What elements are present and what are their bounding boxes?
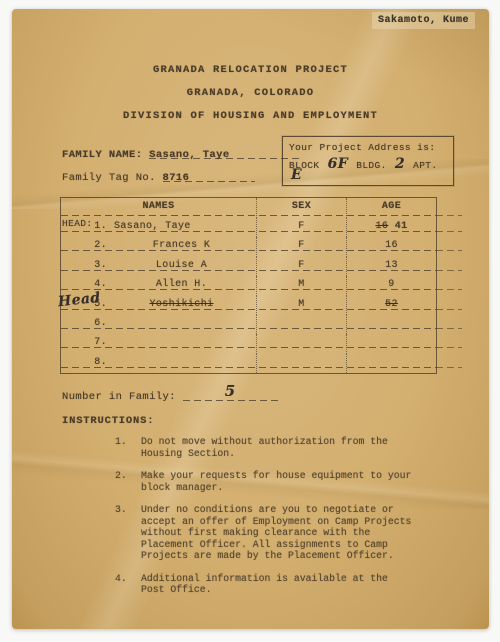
title-line-3: DIVISION OF HOUSING AND EMPLOYMENT — [12, 110, 489, 122]
instruction-text: Under no conditions are you to negotiate… — [141, 504, 417, 562]
family-name-value: Sasano, Taye — [149, 149, 299, 161]
family-name-label: FAMILY NAME: — [62, 149, 142, 161]
member-sex: F — [256, 257, 346, 276]
member-sex: F — [256, 218, 346, 237]
member-age: 9 — [346, 276, 436, 295]
number-in-family-value: 5 — [183, 385, 278, 403]
table-row: Head 5. Yoshikichi M 52 — [61, 296, 436, 315]
instruction-text: Additional information is available at t… — [141, 573, 417, 596]
apt-label: APT. — [413, 160, 437, 171]
member-sex: M — [256, 276, 346, 295]
scanned-document-paper: Sakamoto, Kume GRANADA RELOCATION PROJEC… — [12, 9, 489, 629]
instructions-list: 1. Do not move without authorization fro… — [115, 436, 435, 607]
family-members-table: NAMES SEX AGE HEAD: 1. Sasano, Taye F 16… — [60, 197, 437, 374]
instruction-number: 4. — [115, 573, 129, 596]
column-header-sex: SEX — [256, 198, 346, 218]
instruction-text: Make your requests for house equipment t… — [141, 470, 417, 493]
bldg-value: 2 — [393, 156, 407, 172]
member-sex — [256, 354, 346, 373]
instruction-number: 3. — [115, 504, 129, 562]
project-address-box: Your Project Address is: BLOCK 6F BLDG. … — [282, 136, 454, 186]
family-tag-line: Family Tag No. 8716 — [62, 172, 255, 184]
family-name-line: FAMILY NAME: Sasano, Taye — [62, 149, 299, 161]
member-age: 16 — [346, 237, 436, 256]
member-name: Louise A — [107, 260, 256, 276]
table-row: HEAD: 1. Sasano, Taye F 16 41 — [61, 218, 436, 237]
name-stamp: Sakamoto, Kume — [372, 12, 475, 29]
table-row: 3. Louise A F 13 — [61, 257, 436, 276]
instruction-item: 2. Make your requests for house equipmen… — [115, 470, 435, 493]
instruction-item: 3. Under no conditions are you to negoti… — [115, 504, 435, 562]
instruction-item: 1. Do not move without authorization fro… — [115, 436, 435, 459]
instruction-number: 1. — [115, 436, 129, 459]
member-age — [346, 334, 436, 353]
row-number: 6. — [61, 318, 107, 334]
row-number: 2. — [61, 240, 107, 256]
member-sex — [256, 315, 346, 334]
instruction-item: 4. Additional information is available a… — [115, 573, 435, 596]
member-age: 52 — [346, 296, 436, 315]
member-name: Allen H. — [107, 279, 256, 295]
apt-value: E — [289, 167, 304, 183]
row-number: 3. — [61, 260, 107, 276]
title-line-1: GRANADA RELOCATION PROJECT — [12, 64, 489, 76]
member-name-struck: Yoshikichi — [107, 299, 256, 315]
table-header-row: NAMES SEX AGE — [61, 198, 436, 218]
member-sex: M — [256, 296, 346, 315]
member-age — [346, 315, 436, 334]
member-name — [107, 357, 256, 373]
member-sex — [256, 334, 346, 353]
table-row: 8. — [61, 354, 436, 373]
table-row: 6. — [61, 315, 436, 334]
number-in-family-line: Number in Family: 5 — [62, 385, 278, 403]
member-age-corrected: 41 — [395, 221, 408, 232]
member-sex: F — [256, 237, 346, 256]
row-number: 7. — [61, 337, 107, 353]
member-name — [107, 318, 256, 334]
address-box-values: BLOCK 6F BLDG. 2 APT. E — [289, 160, 447, 182]
document-title-block: GRANADA RELOCATION PROJECT GRANADA, COLO… — [12, 64, 489, 133]
family-tag-label: Family Tag No. — [62, 172, 156, 184]
table-row: 4. Allen H. M 9 — [61, 276, 436, 295]
bldg-label: BLDG. — [356, 160, 387, 171]
member-name — [107, 337, 256, 353]
number-in-family-label: Number in Family: — [62, 391, 176, 403]
member-name: Sasano, Taye — [107, 221, 256, 237]
member-age-struck: 52 — [385, 299, 398, 310]
member-age: 16 41 — [346, 218, 436, 237]
family-tag-value: 8716 — [163, 172, 255, 184]
member-age: 13 — [346, 257, 436, 276]
title-line-2: GRANADA, COLORADO — [12, 87, 489, 99]
head-prefix: HEAD: — [62, 218, 93, 229]
column-header-age: AGE — [346, 198, 436, 218]
instructions-title: INSTRUCTIONS: — [62, 415, 154, 427]
table-row: 2. Frances K F 16 — [61, 237, 436, 256]
block-value: 6F — [326, 156, 350, 172]
address-box-title: Your Project Address is: — [289, 142, 447, 153]
instruction-number: 2. — [115, 470, 129, 493]
member-age — [346, 354, 436, 373]
row-number: 8. — [61, 357, 107, 373]
column-header-names: NAMES — [61, 201, 256, 218]
table-row: 7. — [61, 334, 436, 353]
member-age-struck: 16 — [375, 221, 388, 232]
member-name: Frances K — [107, 240, 256, 256]
instruction-text: Do not move without authorization from t… — [141, 436, 417, 459]
